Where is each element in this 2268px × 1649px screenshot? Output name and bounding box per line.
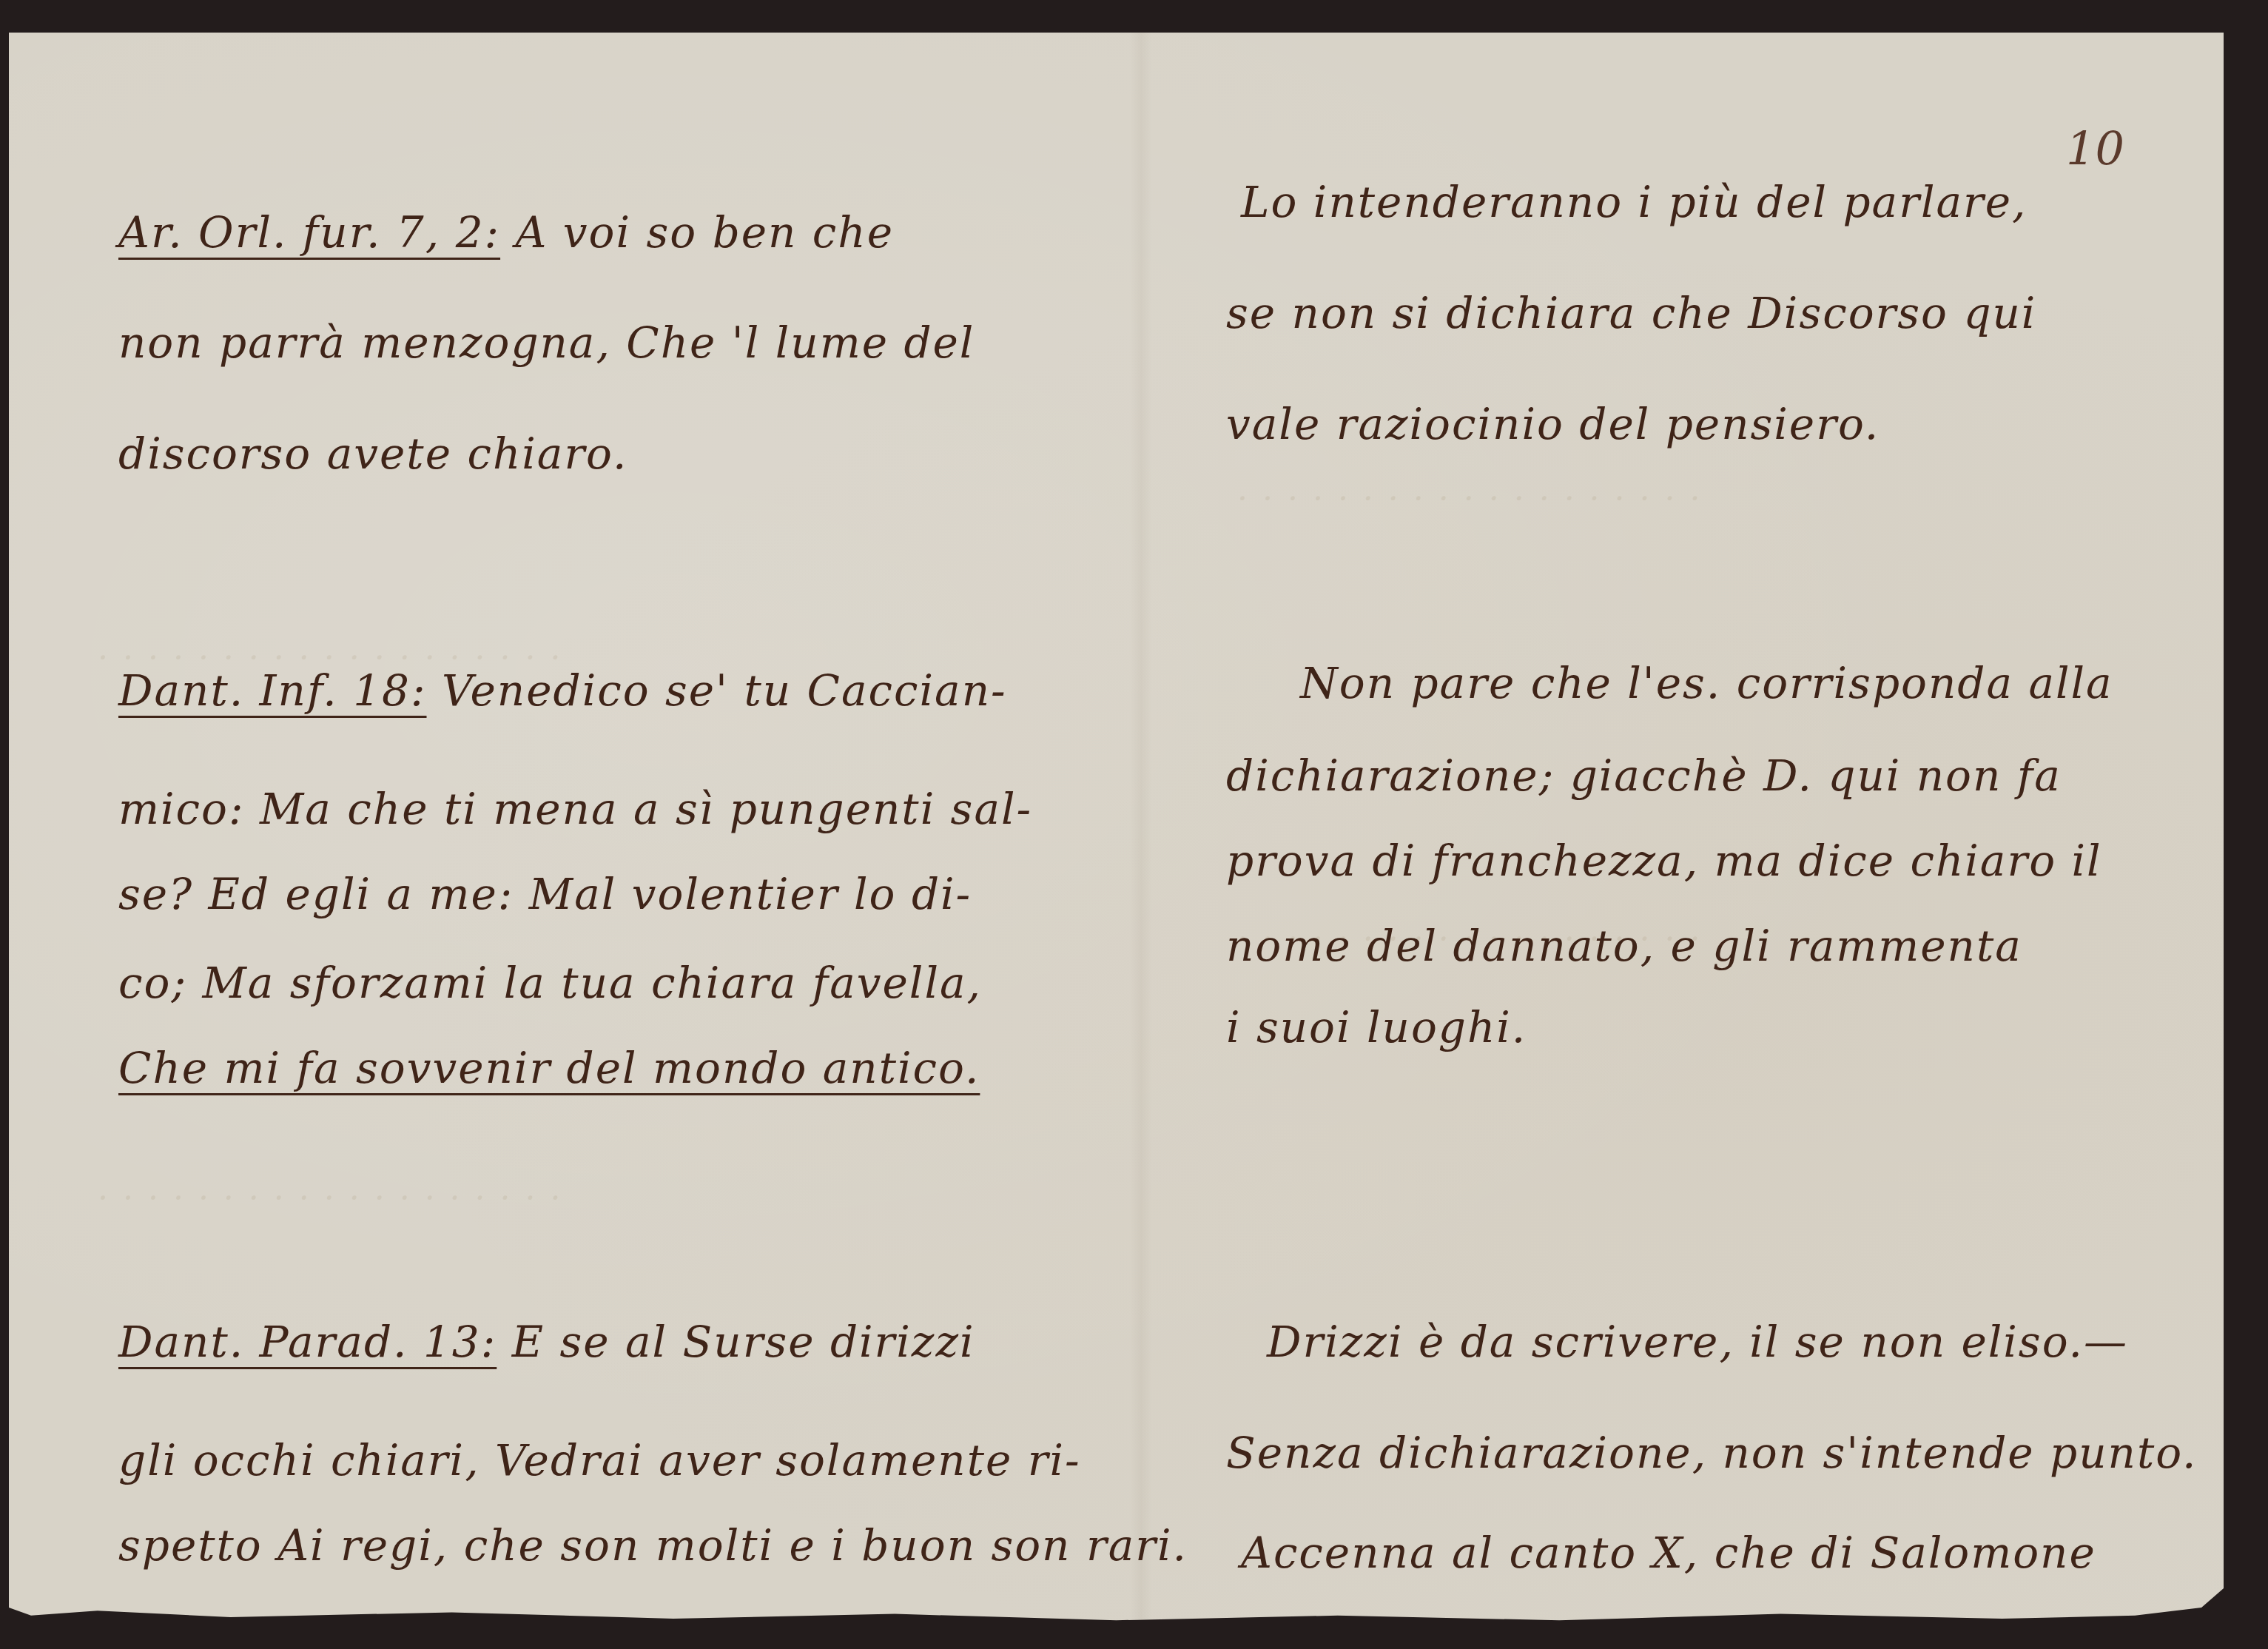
center-fold [1130,33,1152,1628]
paragraph-line: vale raziocinio del pensiero. [1226,399,1880,449]
quote-text: Venedico se' tu Caccian- [442,665,1007,716]
manuscript-page: · · · · · · · · · · · · · · · · · · · · … [9,33,2224,1628]
entry-line: discorso avete chiaro. [118,429,627,479]
bleed-through-text: · · · · · · · · · · · · · · · · · · · [98,1180,563,1218]
paragraph-line: Drizzi è da scrivere, il se non eliso.— [1267,1317,2128,1367]
quote-text: E se al Surse dirizzi [512,1317,975,1367]
paragraph-line: Non pare che l'es. corrisponda alla [1300,658,2113,708]
citation: Dant. Inf. 18: [118,665,427,716]
entry-line: co; Ma sforzami la tua chiara favella, [118,958,982,1008]
paragraph-line: Lo intenderanno i più del parlare, [1241,177,2028,227]
paragraph-line: se non si dichiara che Discorso qui [1226,288,2036,338]
paragraph-line: prova di franchezza, ma dice chiaro il [1226,836,2102,886]
entry-line: non parrà menzogna, Che 'l lume del [118,318,975,368]
quote-text: A voi so ben che [516,207,895,258]
paragraph-line: nome del dannato, e gli rammenta [1226,921,2022,971]
paragraph-line: i suoi luoghi. [1226,1002,1527,1052]
entry-line: mico: Ma che ti mena a sì pungenti sal- [118,784,1032,834]
entry-line: Dant. Inf. 18: Venedico se' tu Caccian- [118,665,1007,716]
citation: Ar. Orl. fur. 7, 2: [118,207,500,258]
entry-line: Ar. Orl. fur. 7, 2: A voi so ben che [118,207,894,258]
entry-line: Dant. Parad. 13: E se al Surse dirizzi [118,1317,975,1367]
paragraph-line: Senza dichiarazione, non s'intende punto… [1226,1428,2198,1478]
page-number: 10 [2066,121,2124,175]
bleed-through-text: · · · · · · · · · · · · · · · · · · · [1237,480,1703,518]
paragraph-line: Accenna al canto X, che di Salomone [1241,1528,2096,1578]
paragraph-line: dichiarazione; giacchè D. qui non fa [1226,750,2062,801]
entry-line: Che mi fa sovvenir del mondo antico. [118,1043,980,1093]
citation: Dant. Parad. 13: [118,1317,497,1367]
entry-line: spetto Ai regi, che son molti e i buon s… [118,1520,1188,1571]
entry-line: gli occhi chiari, Vedrai aver solamente … [118,1435,1081,1485]
entry-line: se? Ed egli a me: Mal volentier lo di- [118,869,972,919]
